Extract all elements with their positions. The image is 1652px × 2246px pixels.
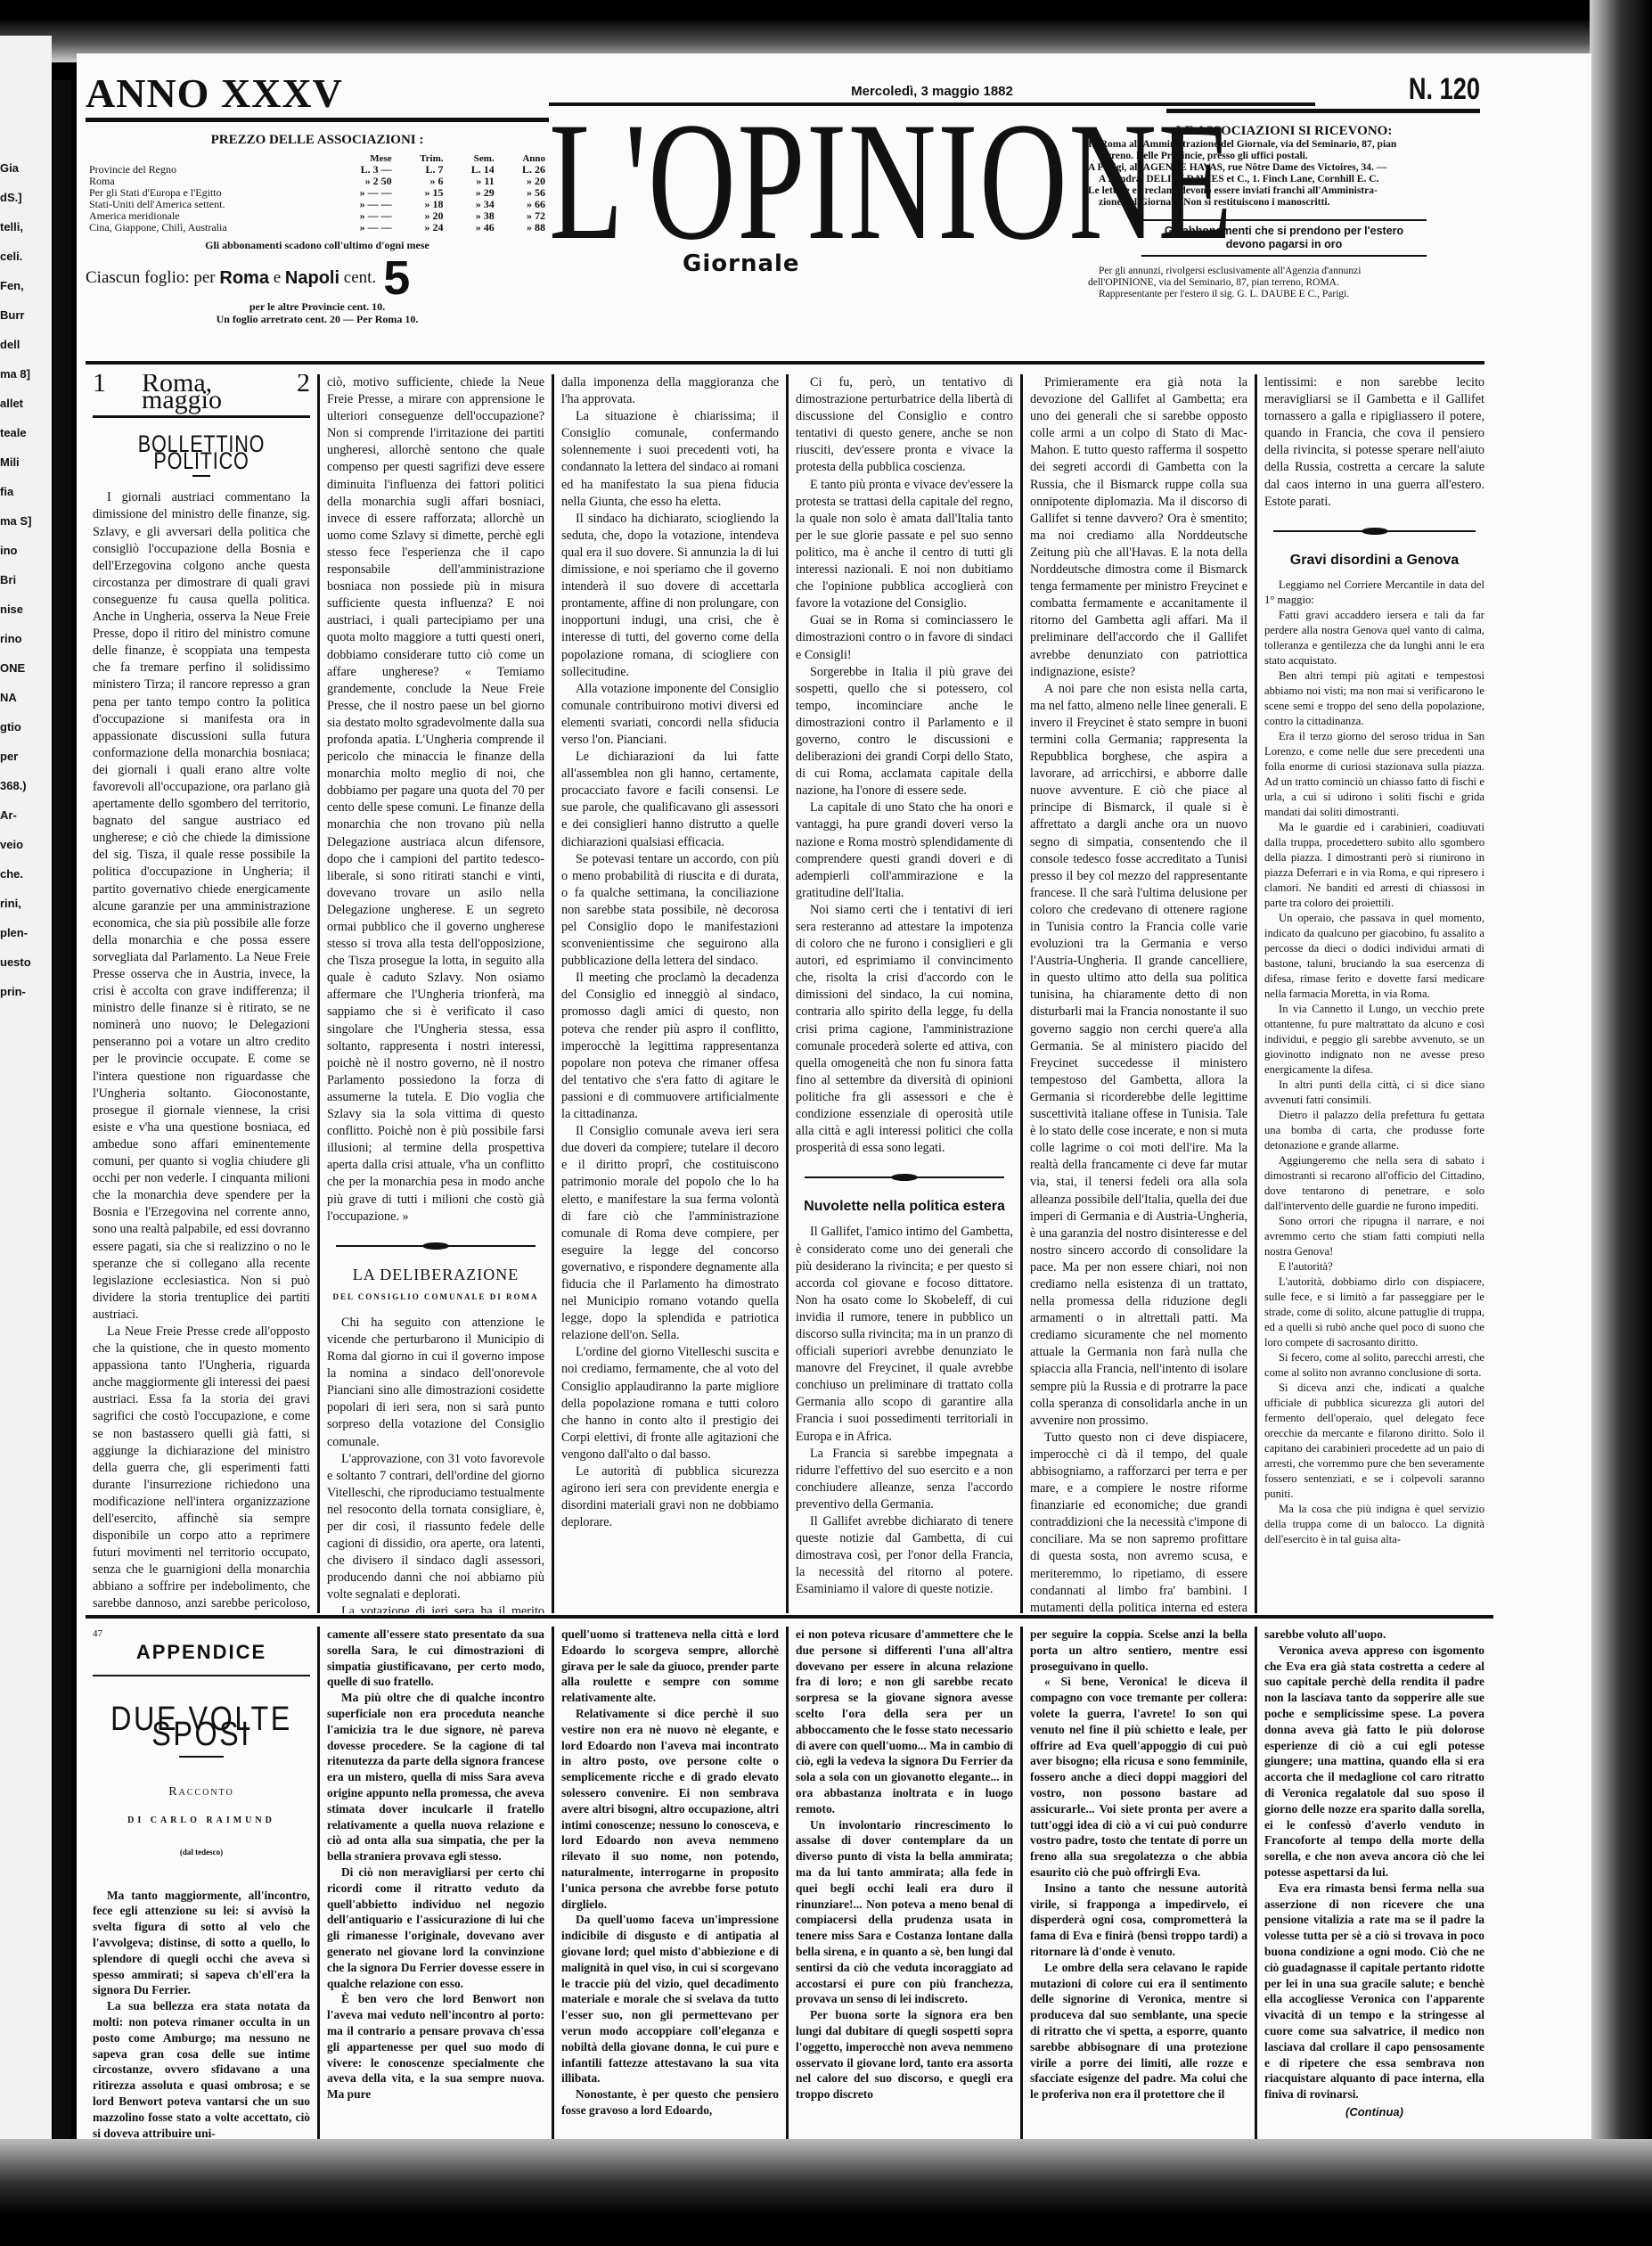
paragraph: ciò, motivo sufficiente, chiede la Neue … (327, 374, 544, 1225)
paragraph: Veronica aveva appreso con isgomento che… (1264, 1643, 1484, 1881)
separator-rule (805, 1176, 1004, 1178)
paragraph: Ma più oltre che di qualche incontro sup… (327, 1690, 544, 1865)
deliberazione-subheading: DEL CONSIGLIO COMUNALE DI ROMA (327, 1289, 544, 1306)
offices-title: LE ASSOCIAZIONI SI RICEVONO: (1088, 124, 1480, 139)
nuvolette-heading: Nuvolette nella politica estera (796, 1198, 1013, 1215)
fragment-text: rino (0, 631, 52, 646)
paragraph: Un operaio, che passava in quel momento,… (1264, 911, 1484, 1002)
column-3: dalla imponenza della maggioranza che l'… (554, 374, 789, 1613)
paragraph: Sorgerebbe in Italia il più grave dei so… (796, 664, 1013, 800)
paragraph: Le dichiarazioni da lui fatte all'assemb… (561, 749, 779, 851)
article-body: dalla imponenza della maggioranza che l'… (561, 374, 779, 1531)
paragraph: In via Cannetto il Lungo, un vecchio pre… (1264, 1002, 1484, 1078)
paragraph: Il meeting che proclamò la decadenza del… (561, 970, 779, 1123)
article-body: Il Gallifet, l'amico intimo del Gambetta… (796, 1224, 1013, 1598)
fragment-text: ino (0, 543, 52, 558)
paragraph: Se potevasi tentare un accordo, con più … (561, 851, 779, 971)
paragraph: ei non poteva ricusare d'ammettere che l… (796, 1627, 1013, 1817)
front-page-columns: 1 Roma, 2 maggio BOLLETTINO POLITICO I g… (86, 374, 1493, 1613)
story-body: quell'uomo si tratteneva nella città e l… (561, 1627, 779, 2119)
article-body: Primieramente era già nota la devozione … (1030, 374, 1247, 1613)
article-body: Ci fu, però, un tentativo di dimostrazio… (796, 374, 1013, 1157)
adjacent-page-fragment: GiadS.]telli,celi.Fen,Burrdellma 8]allet… (0, 36, 52, 2157)
paragraph: Ci fu, però, un tentativo di dimostrazio… (796, 374, 1013, 477)
prices-table: MeseTrim.Sem.Anno Provincie del RegnoL. … (86, 153, 549, 234)
office-line: Le lettere e i reclami devono essere inv… (1088, 185, 1480, 197)
paragraph: E l'autorità? (1264, 1259, 1484, 1275)
appendice-column-6: sarebbe voluto all'uopo.Veronica aveva a… (1257, 1627, 1492, 2144)
paragraph: Chi ha seguito con attenzione le vicende… (327, 1315, 544, 1451)
fragment-text: gtio (0, 719, 52, 734)
article-body: ciò, motivo sufficiente, chiede la Neue … (327, 374, 544, 1225)
paragraph: dalla imponenza della maggioranza che l'… (561, 374, 779, 408)
paragraph: La capitale di uno Stato che ha onori e … (796, 799, 1013, 902)
paragraph: In altri punti della città, ci si dice s… (1264, 1078, 1484, 1108)
back-issue-price: Un foglio arretrato cent. 20 — Per Roma … (86, 313, 549, 325)
paragraph: L'approvazione, con 31 voto favorevole e… (327, 1451, 544, 1604)
fragment-text: fia (0, 484, 52, 499)
article-body: Chi ha seguito con attenzione le vicende… (327, 1315, 544, 1613)
appendice-columns: 47 APPENDICE DUE VOLTE SPOSI Racconto DI… (86, 1627, 1493, 2144)
dash-rule (192, 475, 210, 477)
appendice-column-1: 47 APPENDICE DUE VOLTE SPOSI Racconto DI… (86, 1627, 320, 2144)
genre-label: Racconto (93, 1784, 310, 1800)
paragraph: Relativamente si dice perchè il suo vest… (561, 1706, 779, 1912)
story-body: ei non poteva ricusare d'ammettere che l… (796, 1627, 1013, 2103)
column-1: 1 Roma, 2 maggio BOLLETTINO POLITICO I g… (86, 374, 320, 1613)
subscription-offices-block: N. 120 LE ASSOCIAZIONI SI RICEVONO: In R… (1088, 71, 1480, 300)
dateline: 1 Roma, 2 maggio (93, 374, 310, 418)
fragment-text: nise (0, 602, 52, 617)
paragraph: La sua bellezza era stata notata da molt… (93, 1998, 310, 2141)
paragraph: Noi siamo certi che i tentativi di ieri … (796, 902, 1013, 1157)
fragment-text: rini, (0, 896, 52, 911)
price-row: Cina, Giappone, Chilì, Australia» — —» 2… (86, 222, 549, 234)
paragraph: quell'uomo si tratteneva nella città e l… (561, 1627, 779, 1706)
bollettino-heading: BOLLETTINO POLITICO (114, 436, 288, 470)
paragraph: sarebbe voluto all'uopo. (1264, 1627, 1484, 1643)
scan-border-bottom (0, 2139, 1652, 2246)
fragment-text: celi. (0, 249, 52, 264)
foreign-subscription-note: Gli abbonamenti che si prendono per l'es… (1141, 219, 1427, 257)
paragraph: Ma le guardie ed i carabinieri, coadiuva… (1264, 820, 1484, 911)
subscription-expiry-note: Gli abbonamenti scadono coll'ultimo d'og… (86, 239, 549, 252)
paragraph: Il sindaco ha dichiarato, sciogliendo la… (561, 511, 779, 681)
fragment-text: Ar- (0, 807, 52, 823)
fragment-text: Gia (0, 160, 52, 176)
paragraph: « Sì bene, Veronica! le diceva il compag… (1030, 1674, 1247, 1880)
paragraph: Il Gallifet avrebbe dichiarato di tenere… (796, 1513, 1013, 1598)
paragraph: Il Consiglio comunale aveva ieri sera du… (561, 1123, 779, 1344)
paragraph: Ma tanto maggiormente, all'incontro, fec… (93, 1888, 310, 1999)
other-provinces-price: per le altre Provincie cent. 10. (86, 300, 549, 313)
appendice-column-2: camente all'essere stato presentato da s… (320, 1627, 554, 2144)
column-4: Ci fu, però, un tentativo di dimostrazio… (789, 374, 1023, 1613)
fragment-text: veio (0, 837, 52, 852)
separator-rule (336, 1245, 536, 1247)
paragraph: Dietro il palazzo della prefettura fu ge… (1264, 1108, 1484, 1153)
fragment-text: per (0, 749, 52, 764)
paragraph: Si fecero, come al solito, parecchi arre… (1264, 1350, 1484, 1381)
column-5: Primieramente era già nota la devozione … (1023, 374, 1257, 1613)
paragraph: È ben vero che lord Benwort non l'aveva … (327, 1991, 544, 2103)
offices-list: In Roma all'Amministrazione del Giornale… (1088, 139, 1480, 209)
paragraph: I giornali austriaci commentano la dimis… (93, 489, 310, 1324)
paragraph: A noi pare che non esista nella carta, m… (1030, 681, 1247, 1430)
fragment-text: NA (0, 690, 52, 705)
story-author: DI CARLO RAIMUND (93, 1813, 310, 1829)
paragraph: Ma la cosa che più indigna è quel serviz… (1264, 1502, 1484, 1547)
story-body: sarebbe voluto all'uopo.Veronica aveva a… (1264, 1627, 1484, 2103)
story-body: Ma tanto maggiormente, all'incontro, fec… (93, 1888, 310, 2142)
genova-heading: Gravi disordini a Genova (1264, 552, 1484, 569)
paragraph: Ben altri tempi più agitati e tempestosi… (1264, 668, 1484, 729)
fragment-text: che. (0, 866, 52, 881)
appendice-rule (86, 1615, 1493, 1619)
office-line: zione del Giornale. Non si restituiscono… (1088, 197, 1480, 209)
paragraph: Eva era rimasta bensì ferma nella sua as… (1264, 1881, 1484, 2103)
paragraph: Si diceva anzi che, indicati a qualche u… (1264, 1381, 1484, 1502)
paragraph: Di ciò non meravigliarsi per certo chi r… (327, 1865, 544, 1991)
newspaper-page: ANNO XXXV PREZZO DELLE ASSOCIAZIONI : Me… (77, 53, 1591, 2148)
paragraph: Nonostante, è per questo che pensiero fo… (561, 2086, 779, 2119)
deliberazione-heading: LA DELIBERAZIONE (327, 1266, 544, 1283)
paragraph: Era il terzo giorno del seroso tridua in… (1264, 729, 1484, 820)
paragraph: Leggiamo nel Corriere Mercantile in data… (1264, 578, 1484, 608)
appendice-column-5: per seguire la coppia. Scelse anzi la be… (1023, 1627, 1257, 2144)
masthead-rule (86, 361, 1484, 365)
fragment-text: 368.) (0, 778, 52, 793)
prices-title: PREZZO DELLE ASSOCIAZIONI : (86, 133, 549, 148)
fragment-text: ma S] (0, 513, 52, 529)
paragraph: L'autorità, dobbiamo dirlo con dispiacer… (1264, 1275, 1484, 1350)
fragment-text: allet (0, 396, 52, 411)
paragraph: Aggiungeremo che nella sera di sabato i … (1264, 1153, 1484, 1214)
paragraph: La situazione è chiarissima; il Consigli… (561, 408, 779, 511)
separator-rule (1273, 530, 1476, 532)
office-line: In Roma all'Amministrazione del Giornale… (1088, 139, 1480, 151)
binding-shadow (53, 80, 71, 2148)
paragraph: per seguire la coppia. Scelse anzi la be… (1030, 1627, 1247, 1674)
price-cents: 5 (383, 256, 410, 300)
single-copy-price: Ciascun foglio: per Roma e Napoli cent. … (86, 256, 549, 300)
fragment-text: Fen, (0, 278, 52, 293)
paragraph: Tutto questo non ci deve dispiacere, imp… (1030, 1430, 1247, 1613)
paragraph: Alla votazione imponente del Consiglio c… (561, 681, 779, 749)
paragraph: La Francia si sarebbe impegnata a ridurr… (796, 1446, 1013, 1513)
paragraph: Per buona sorte la signora era ben lungi… (796, 2007, 1013, 2103)
paragraph: Sono orrori che ripugna il narrare, e no… (1264, 1214, 1484, 1259)
column-2: ciò, motivo sufficiente, chiede la Neue … (320, 374, 554, 1613)
paragraph: Fatti gravi accaddero iersera e tali da … (1264, 608, 1484, 668)
issue-number: N. 120 (1166, 71, 1480, 113)
office-line: terreno. Nelle Provincie, presso gli uff… (1088, 151, 1480, 162)
fragment-text: plen- (0, 925, 52, 940)
fragment-text: teale (0, 425, 52, 440)
article-body: Leggiamo nel Corriere Mercantile in data… (1264, 578, 1484, 1547)
paragraph: Insino a tanto che nessune autorità viri… (1030, 1881, 1247, 1960)
scan-border-right (1590, 0, 1652, 2246)
fragment-text: Burr (0, 307, 52, 323)
advertising-notice: Per gli annunzi, rivolgersi esclusivamen… (1088, 266, 1480, 300)
appendice-column-3: quell'uomo si tratteneva nella città e l… (554, 1627, 789, 2144)
subscription-prices-block: ANNO XXXV PREZZO DELLE ASSOCIAZIONI : Me… (86, 71, 549, 325)
paragraph: Le ombre della sera celavano le rapide m… (1030, 1960, 1247, 2103)
fragment-text: Bri (0, 572, 52, 587)
paragraph: L'ordine del giorno Vitelleschi suscita … (561, 1344, 779, 1463)
fragment-text: dS.] (0, 190, 52, 205)
paragraph: Primieramente era già nota la devozione … (1030, 374, 1247, 681)
fragment-text: ma 8] (0, 366, 52, 381)
office-line: A Londra, DELISY DAVIES et C., 1. Finch … (1088, 174, 1480, 185)
paragraph: Un involontario rincrescimento lo assals… (796, 1817, 1013, 2008)
paragraph: Guai se in Roma si cominciassero le dimo… (796, 612, 1013, 663)
fragment-text: telli, (0, 219, 52, 234)
office-line: A Parigi, all'AGENCE HAVAS, rue Nôtre Da… (1088, 162, 1480, 174)
story-body: per seguire la coppia. Scelse anzi la be… (1030, 1627, 1247, 2103)
to-be-continued: (Continua) (1264, 2104, 1484, 2120)
paragraph: La votazione di ieri sera ha il merito d… (327, 1603, 544, 1613)
paragraph: Le autorità di pubblica sicurezza agiron… (561, 1463, 779, 1531)
story-title: DUE VOLTE SPOSI (109, 1712, 293, 1744)
story-body: camente all'essere stato presentato da s… (327, 1627, 544, 2103)
fragment-text: uesto (0, 955, 52, 970)
column-6: lentissimi: e non sarebbe lecito meravig… (1257, 374, 1492, 1613)
paragraph: Da quell'uomo faceva un'impressione indi… (561, 1912, 779, 2086)
appendice-heading: APPENDICE (93, 1644, 310, 1676)
fragment-text: ONE (0, 660, 52, 676)
paragraph: lentissimi: e non sarebbe lecito meravig… (1264, 374, 1484, 511)
fragment-text: Mili (0, 455, 52, 470)
dash-rule (179, 1756, 224, 1758)
volume-year: ANNO XXXV (86, 71, 549, 122)
paragraph: La Neue Freie Presse crede all'opposto c… (93, 1324, 310, 1613)
paragraph: E tanto più pronta e vivace dev'essere l… (796, 477, 1013, 613)
article-body: lentissimi: e non sarebbe lecito meravig… (1264, 374, 1484, 511)
translation-note: (dal tedesco) (93, 1845, 310, 1861)
paragraph: camente all'essere stato presentato da s… (327, 1627, 544, 1690)
appendice-column-4: ei non poteva ricusare d'ammettere che l… (789, 1627, 1023, 2144)
paragraph: Il Gallifet, l'amico intimo del Gambetta… (796, 1224, 1013, 1445)
fragment-text: dell (0, 337, 52, 352)
fragment-text: prin- (0, 984, 52, 999)
article-body: I giornali austriaci commentano la dimis… (93, 489, 310, 1613)
